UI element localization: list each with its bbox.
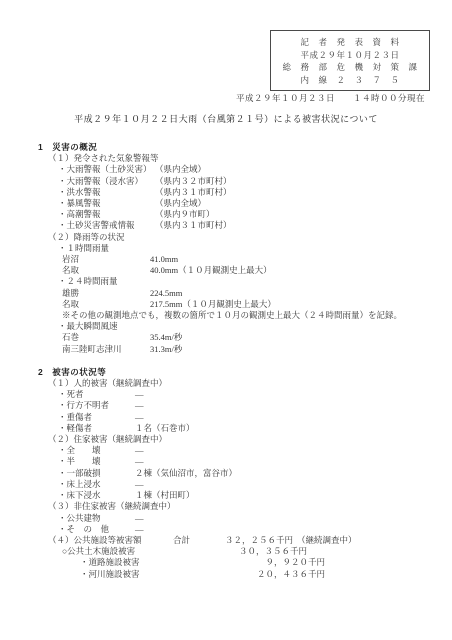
doc-row-h2: （３）非住家被害（継続調査中） [48, 501, 444, 512]
doc-row-pair: ・重傷者― [58, 412, 444, 423]
doc-row-pair: ・高潮警報（県内９市町） [58, 209, 444, 220]
row-value: ― [135, 524, 444, 535]
row-value: １棟（村田町） [135, 490, 444, 501]
row-value: ― [135, 513, 444, 524]
row-label: 名取 [62, 299, 150, 310]
document-title: 平成２９年１０月２２日大雨（台風第２１号）による被害状況について [0, 112, 452, 125]
row-label: ・床下浸水 [58, 490, 135, 501]
row-label: 名取 [62, 265, 150, 276]
row-label: ・大雨警報（土砂災害） [58, 164, 155, 175]
press-release-stamp-box: 記 者 発 表 資 料 平成２９年１０月２３日 総 務 部 危 機 対 策 課 … [270, 30, 430, 91]
row-label: （４）公共施設等被害額 [48, 535, 142, 545]
row-label: ・軽傷者 [58, 423, 135, 434]
row-label: ・全 壊 [58, 445, 135, 456]
row-value: 217.5mm（１０月観測史上最大） [150, 299, 444, 310]
row-value: ― [135, 479, 444, 490]
row-amount: ３２，２５６千円 [198, 535, 293, 546]
row-label: ・高潮警報 [58, 209, 155, 220]
doc-row-money: ・河川施設被害２０，４３６千円 [80, 569, 444, 580]
doc-row-pair: ・そ の 他― [58, 524, 444, 535]
doc-row-pair: ・半 壊― [58, 456, 444, 467]
row-value: ― [135, 412, 444, 423]
row-value: （県内３１市町村） [155, 220, 444, 231]
doc-row-pair: 石巻35.4m/秒 [62, 332, 444, 343]
row-label: 岩沼 [62, 254, 150, 265]
doc-row-pair: ・死者― [58, 389, 444, 400]
row-amount: ２０，４３６千円 [230, 569, 325, 580]
row-label: ・重傷者 [58, 412, 135, 423]
doc-row-pair: ・暴風警報（県内全域） [58, 198, 444, 209]
row-value: ― [135, 445, 444, 456]
doc-row-pair: ・大雨警報（土砂災害）（県内全域） [58, 164, 444, 175]
doc-row-money4: （４）公共施設等被害額合計３２，２５６千円（継続調査中） [48, 535, 444, 546]
doc-row-note: ※その他の観測地点でも，複数の箇所で１０月の観測史上最大（２４時間雨量）を記録。 [62, 310, 444, 321]
row-value: 40.0mm（１０月観測史上最大） [150, 265, 444, 276]
row-label: ・行方不明者 [58, 400, 135, 411]
row-value: 35.4m/秒 [150, 332, 444, 343]
document-page: { "press_box": { "lines": [ "記 者 発 表 資 料… [0, 0, 452, 640]
doc-row-pair: 名取217.5mm（１０月観測史上最大） [62, 299, 444, 310]
row-label: 石巻 [62, 332, 150, 343]
row-label: ・床上浸水 [58, 479, 135, 490]
doc-row-pair: ・軽傷者１名（石巻市） [58, 423, 444, 434]
row-label: ・死者 [58, 389, 135, 400]
row-value: 31.3m/秒 [150, 344, 444, 355]
doc-row-sub: ・２４時間雨量 [58, 276, 444, 287]
row-label: ○公共土木施設被害 [62, 546, 135, 556]
doc-row-pair: ・床下浸水１棟（村田町） [58, 490, 444, 501]
row-label: ・道路施設被害 [80, 557, 140, 567]
doc-row-sub: ・最大瞬間風速 [58, 321, 444, 332]
document-body: 1 災害の概況（１）発令された気象警報等・大雨警報（土砂災害）（県内全域）・大雨… [38, 140, 444, 580]
doc-row-pair: 岩沼41.0mm [62, 254, 444, 265]
row-value: （県内９市町） [155, 209, 444, 220]
row-value: （県内３２市町村） [155, 176, 444, 187]
row-amount: ３０，３５６千円 [212, 546, 307, 557]
row-value: ― [135, 400, 444, 411]
doc-row-pair: ・一部破損２棟（気仙沼市，富谷市） [58, 468, 444, 479]
row-value: ― [135, 456, 444, 467]
doc-row-money: ○公共土木施設被害３０，３５６千円 [62, 546, 444, 557]
doc-row-h2: （１）人的被害（継続調査中） [48, 378, 444, 389]
row-total-label: 合計 [173, 535, 190, 546]
doc-row-pair: ・公共建物― [58, 513, 444, 524]
doc-row-pair: 雄勝224.5mm [62, 288, 444, 299]
doc-row-pair: ・大雨警報（浸水害）（県内３２市町村） [58, 176, 444, 187]
doc-row-pair: ・床上浸水― [58, 479, 444, 490]
row-label: ・洪水警報 [58, 187, 155, 198]
as-of-datetime: 平成２９年１０月２３日 １４時００分現在 [236, 92, 425, 104]
row-value: 224.5mm [150, 288, 444, 299]
row-label: 南三陸町志津川 [62, 344, 150, 355]
row-amount: ９，９２０千円 [230, 557, 325, 568]
stamp-line-department: 総 務 部 危 機 対 策 課 [271, 61, 429, 74]
row-value: （県内全域） [155, 164, 444, 175]
doc-row-h2: （２）降雨等の状況 [48, 232, 444, 243]
stamp-line-date: 平成２９年１０月２３日 [271, 49, 429, 62]
row-value: １名（石巻市） [135, 423, 444, 434]
doc-row-pair: ・土砂災害警戒情報（県内３１市町村） [58, 220, 444, 231]
doc-row-sub: ・１時間雨量 [58, 243, 444, 254]
row-label: ・一部破損 [58, 468, 135, 479]
doc-row-gap [38, 355, 444, 365]
doc-row-pair: 南三陸町志津川31.3m/秒 [62, 344, 444, 355]
stamp-line-extension: 内 線 ２ ３ ７ ５ [271, 74, 429, 87]
doc-row-pair: ・行方不明者― [58, 400, 444, 411]
doc-row-pair: ・全 壊― [58, 445, 444, 456]
row-label: ・公共建物 [58, 513, 135, 524]
doc-row-h2: （２）住家被害（継続調査中） [48, 434, 444, 445]
row-label: ・半 壊 [58, 456, 135, 467]
row-value: ２棟（気仙沼市，富谷市） [135, 468, 444, 479]
row-label: ・河川施設被害 [80, 569, 140, 579]
doc-row-h1: 1 災害の概況 [38, 142, 444, 153]
row-label: 雄勝 [62, 288, 150, 299]
row-label: ・大雨警報（浸水害） [58, 176, 155, 187]
doc-row-money: ・道路施設被害９，９２０千円 [80, 557, 444, 568]
row-value: 41.0mm [150, 254, 444, 265]
row-label: ・土砂災害警戒情報 [58, 220, 155, 231]
row-value: （県内全域） [155, 198, 444, 209]
doc-row-h2: （１）発令された気象警報等 [48, 153, 444, 164]
doc-row-pair: 名取40.0mm（１０月観測史上最大） [62, 265, 444, 276]
row-label: ・暴風警報 [58, 198, 155, 209]
doc-row-pair: ・洪水警報（県内３１市町村） [58, 187, 444, 198]
row-label: ・そ の 他 [58, 524, 135, 535]
row-value: ― [135, 389, 444, 400]
row-suffix: （継続調査中） [297, 535, 357, 546]
row-value: （県内３１市町村） [155, 187, 444, 198]
doc-row-h1: 2 被害の状況等 [38, 367, 444, 378]
stamp-line-title: 記 者 発 表 資 料 [271, 36, 429, 49]
